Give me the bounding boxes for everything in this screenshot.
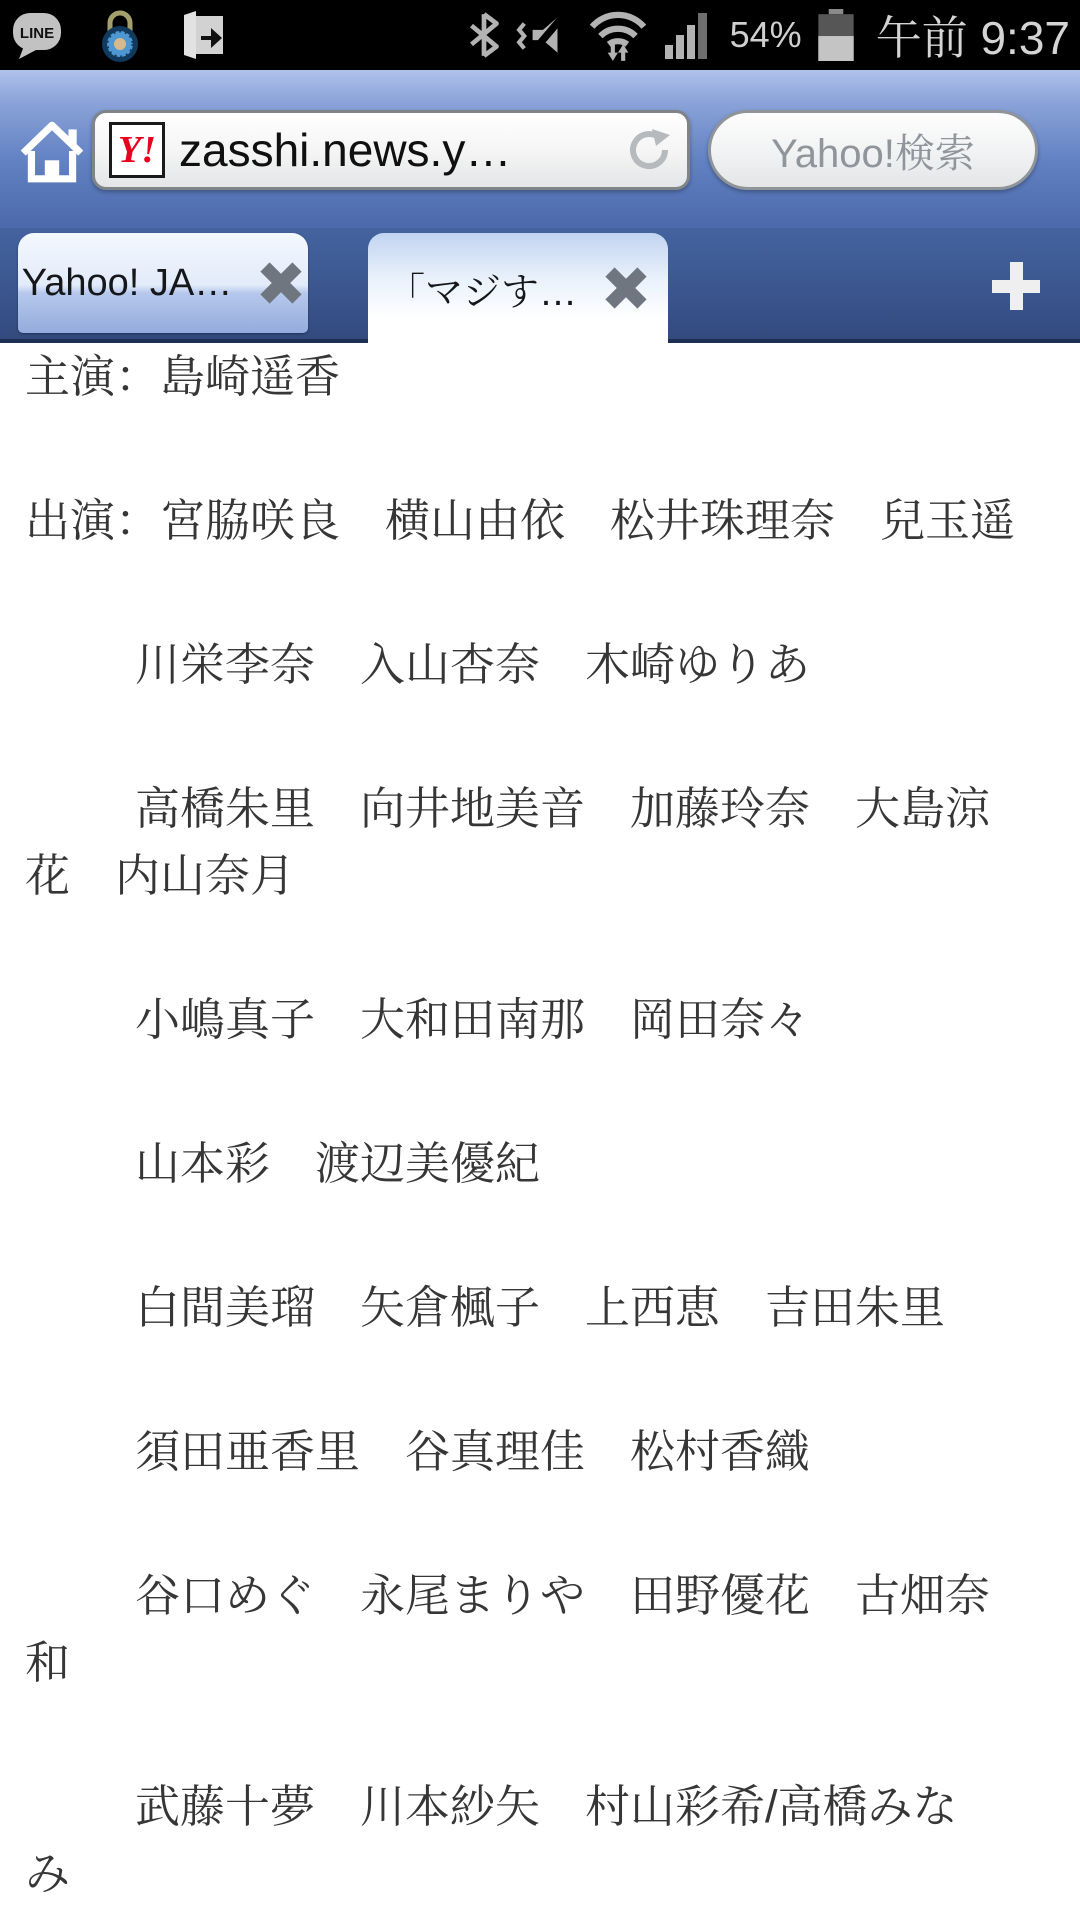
page-content: 主演：島崎遥香出演：宮脇咲良 横山由依 松井珠理奈 兒玉遥川栄李奈 入山杏奈 木… [0,343,1080,1920]
home-button[interactable] [16,116,88,184]
tab-yahoo-japan[interactable]: Yahoo! JA… [18,233,308,333]
cast-paragraph: 主演：島崎遥香 [25,343,1080,410]
wifi-icon [588,9,648,61]
cast-paragraph: 白間美瑠 矢倉楓子 上西恵 吉田朱里 [25,1274,1080,1341]
cast-line: 高橋朱里 向井地美音 加藤玲奈 大島涼 [25,775,1080,842]
tab-label: 「マジす… [387,261,577,316]
vibrate-mute-icon [516,11,572,59]
cast-line: 小嶋真子 大和田南那 岡田奈々 [25,986,1080,1053]
search-box[interactable]: Yahoo!検索 [708,110,1038,190]
screen-share-icon [176,9,228,61]
signal-strength-icon [664,11,714,59]
cast-line: み [25,1840,1080,1907]
cast-paragraph: 小嶋真子 大和田南那 岡田奈々 [25,986,1080,1053]
cast-line: 和 [25,1629,1080,1696]
cast-line: 谷口めぐ 永尾まりや 田野優花 古畑奈 [25,1562,1080,1629]
cast-paragraph: 山本彩 渡辺美優紀 [25,1130,1080,1197]
android-screen: LINE [0,0,1080,1920]
cast-line: 花 内山奈月 [25,842,1080,909]
battery-icon [818,9,854,61]
line-app-icon: LINE [10,9,64,61]
url-bar[interactable]: Y! zasshi.news.y… [92,110,690,190]
cast-paragraph: 高橋朱里 向井地美音 加藤玲奈 大島涼花 内山奈月 [25,775,1080,909]
home-icon [16,116,88,184]
svg-text:LINE: LINE [20,25,54,42]
plus-icon [982,252,1050,320]
cast-line: 山本彩 渡辺美優紀 [25,1130,1080,1197]
cast-line: 主演：島崎遥香 [25,343,1080,410]
tab-bar: Yahoo! JA… 「マジす… [0,228,1080,343]
close-tab-icon[interactable] [258,260,304,306]
cast-paragraph: 武藤十夢 川本紗矢 村山彩希/高橋みなみ [25,1773,1080,1907]
cast-line: 川栄李奈 入山杏奈 木崎ゆりあ [25,631,1080,698]
browser-toolbar: Y! zasshi.news.y… Yahoo!検索 [0,70,1080,228]
close-tab-icon[interactable] [603,265,649,311]
cast-line: 白間美瑠 矢倉楓子 上西恵 吉田朱里 [25,1274,1080,1341]
cast-paragraph: 須田亜香里 谷真理佳 松村香織 [25,1418,1080,1485]
cast-line: 出演：宮脇咲良 横山由依 松井珠理奈 兒玉遥 [25,487,1080,554]
bluetooth-icon [468,10,500,60]
clock: 午前 9:37 [876,2,1070,68]
yahoo-favicon: Y! [109,122,165,178]
battery-percent: 54% [730,14,802,56]
cast-line: 須田亜香里 谷真理佳 松村香織 [25,1418,1080,1485]
system-status-icons: 54% 午前 9:37 [468,2,1070,68]
cast-paragraph: 谷口めぐ 永尾まりや 田野優花 古畑奈和 [25,1562,1080,1696]
status-bar: LINE [0,0,1080,70]
favicon-text: Y! [118,128,156,172]
tab-majisuka[interactable]: 「マジす… [368,233,668,343]
tab-label: Yahoo! JA… [22,262,233,305]
cast-paragraph: 出演：宮脇咲良 横山由依 松井珠理奈 兒玉遥 [25,487,1080,554]
cast-line: 武藤十夢 川本紗矢 村山彩希/高橋みな [25,1773,1080,1840]
url-text: zasshi.news.y… [179,123,511,177]
combination-lock-icon [94,7,146,63]
refresh-icon[interactable] [625,126,673,174]
notification-icons: LINE [10,7,228,63]
new-tab-button[interactable] [978,248,1054,324]
cast-paragraph: 川栄李奈 入山杏奈 木崎ゆりあ [25,631,1080,698]
search-placeholder: Yahoo!検索 [771,122,975,179]
